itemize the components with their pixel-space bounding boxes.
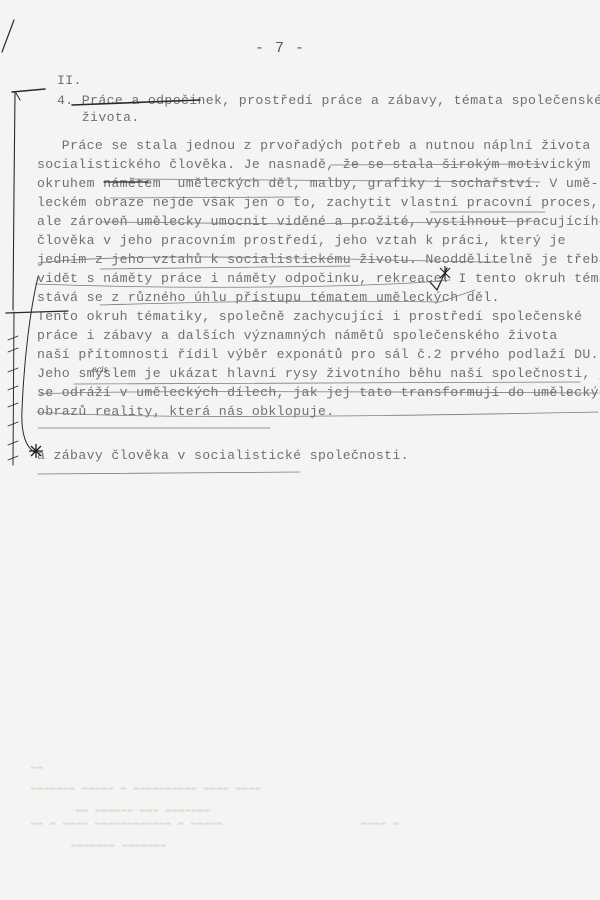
text-line: se odráží v uměleckých dílech, jak jej t… — [37, 385, 600, 400]
text-line: naší přítomnosti řídil výběr exponátů pr… — [37, 347, 599, 362]
text-line: socialistického člověka. Je nasnadě, že … — [37, 157, 591, 172]
footnote-insert: a zábavy člověka v socialistické společn… — [37, 448, 409, 463]
corner-mark — [2, 20, 14, 52]
text-line: okruhem námětem uměleckých děl, malby, g… — [37, 176, 599, 191]
bracket-vertical — [13, 93, 15, 310]
text-line: ale zároveň umělecky umocnit viděné a pr… — [37, 214, 600, 229]
text-line: člověka v jeho pracovním prostředí, jeho… — [37, 233, 566, 248]
document-page: - 7 - II. 4. Práce a odpočinek, prostřed… — [0, 0, 600, 900]
text-line: práce i zábavy a dalších významných námě… — [37, 328, 558, 343]
section-heading-line-2: života. — [57, 110, 140, 125]
text-line: Jeho smyslem je ukázat hlavní rysy život… — [37, 366, 600, 381]
text-line: stává se z různého úhlu přístupu tématem… — [37, 290, 500, 305]
text-line: vidět s náměty práce i náměty odpočinku,… — [37, 271, 600, 286]
text-line: obrazů reality, která nás obklopuje. — [37, 404, 335, 419]
bracket-top — [12, 89, 45, 92]
margin-ticks — [8, 336, 18, 460]
text-line: jedním z jeho vztahů k socialistickému ž… — [37, 252, 600, 267]
insert-arrow — [22, 277, 38, 452]
text-line: leckém obraze nejde však jen o to, zachy… — [37, 195, 599, 210]
section-heading-line-1: 4. Práce a odpočinek, prostředí práce a … — [57, 93, 600, 108]
text-line: Práce se stala jednou z prvořadých potře… — [37, 138, 591, 153]
text-line: Tento okruh tématiky, společně zachycují… — [37, 309, 582, 324]
section-number: II. — [57, 73, 82, 88]
page-number: - 7 - — [255, 40, 305, 57]
